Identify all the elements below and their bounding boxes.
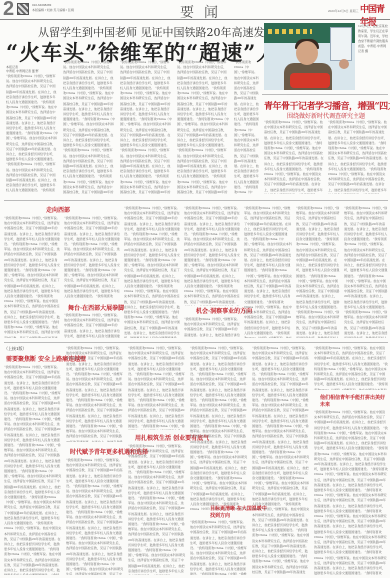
subhead-right-col: 他们相信青年手能打拼出美好未来: [320, 394, 386, 408]
body-column: “我特别喜欢China（中国），”徐维军说。他在中国读完本科和研究生后，选择留在…: [64, 216, 120, 298]
student-head: [296, 41, 318, 65]
body-column: “我特别喜欢China（中国），”徐维军说。他在中国读完本科和研究生后，选择留在…: [64, 313, 120, 338]
subhead-stage: 舞台·在西部大展拳脚: [68, 303, 124, 312]
body-column: “我特别喜欢China（中国），”徐维军说。他在中国读完本科和研究生后，选择留在…: [264, 120, 324, 194]
byline-reporter: 中青报·中青网记者 董 野: [6, 69, 39, 73]
body-column: “我特别喜欢China（中国），”徐维军说。他在中国读完本科和研究生后，选择留在…: [190, 346, 248, 510]
news-photo: [264, 23, 355, 90]
body-column: “我特别喜欢China（中国），”徐维军说。他在中国读完本科和研究生后，选择留在…: [6, 74, 58, 194]
body-column: “我特别喜欢China（中国），”徐维军说。他在中国读完本科和研究生后，选择留在…: [252, 346, 310, 575]
body-column: “我特别喜欢China（中国），”徐维军说。他在中国读完本科和研究生后，选择留在…: [4, 216, 60, 338]
body-column: “我特别喜欢China（中国），”徐维军说。他在中国读完本科和研究生后，选择留在…: [124, 206, 180, 338]
lead-byline: 本报记者 中青报·中青网记者 董 野: [6, 65, 39, 73]
food-tray: [290, 73, 330, 88]
body-column: “我特别喜欢China（中国），”徐维军说。他在中国读完本科和研究生后，选择留在…: [66, 346, 124, 442]
masthead-editors: 本版编辑 / 刘迪 见习编辑 / 张桐: [32, 8, 74, 12]
divider: [4, 200, 388, 201]
divider: [262, 94, 388, 95]
masthead-meta: 010-64098283 本版编辑 / 刘迪 见习编辑 / 张桐: [32, 3, 74, 13]
divider: [4, 342, 388, 343]
body-column: “我特别喜欢China（中国），”徐维军说。他在中国读完本科和研究生后，选择留在…: [4, 365, 62, 575]
subhead-west: 走向西部: [46, 205, 70, 214]
body-column: “我特别喜欢China（中国），”徐维军说。他在中国读完本科和研究生后，选择留在…: [184, 317, 240, 338]
page-number: 2: [3, 0, 14, 21]
section-title: 要闻: [180, 2, 228, 22]
body-column: “我特别喜欢China（中国），”徐维军说。他在中国读完本科和研究生后，选择留在…: [177, 60, 229, 194]
continued-label: （上接1版）: [4, 346, 27, 352]
issue-date: 2023年12月6日 星期三: [328, 9, 359, 13]
body-column: “我特别喜欢China（中国），”徐维军说。他在中国读完本科和研究生后，选择留在…: [120, 60, 172, 194]
body-column: “我特别喜欢China（中国），”徐维军说。他在中国读完本科和研究生后，选择留在…: [314, 346, 388, 390]
body-column: “我特别喜欢China（中国），”徐维军说。他在中国读完本科和研究生后，选择留在…: [63, 60, 115, 194]
body-column: “我特别喜欢China（中国），”徐维军说。他在中国读完本科和研究生后，选择留在…: [314, 410, 388, 575]
qr-code-icon: [17, 3, 29, 15]
window: [330, 27, 352, 61]
background-student: [339, 59, 349, 69]
body-column: “我特别喜欢China（中国），”徐维军说。他在中国读完本科和研究生后，选择留在…: [128, 444, 186, 575]
body-column: “我特别喜欢China（中国），”徐维军说。他在中国读完本科和研究生后，选择留在…: [234, 60, 260, 194]
side-subheadline: 围绕做好新时代调查研究主题: [264, 111, 388, 120]
body-column: “我特别喜欢China（中国），”徐维军说。他在中国读完本科和研究生后，选择留在…: [128, 346, 186, 430]
body-column: “我特别喜欢China（中国），”徐维军说。他在中国读完本科和研究生后，选择留在…: [328, 120, 388, 194]
photo-caption: 12月5日，在北京某校教室里，学生们正在享用午餐。近年来，学校食堂不断提升餐饮服…: [358, 24, 388, 54]
body-column: “我特别喜欢China（中国），”徐维军说。他在中国读完本科和研究生后，选择留在…: [344, 206, 388, 338]
body-column: “我特别喜欢China（中国），”徐维军说。他在中国读完本科和研究生后，选择留在…: [190, 520, 248, 575]
body-column: “我特别喜欢China（中国），”徐维军说。他在中国读完本科和研究生后，选择留在…: [184, 206, 240, 306]
body-column: “我特别喜欢China（中国），”徐维军说。他在中国读完本科和研究生后，选择留在…: [296, 206, 340, 338]
body-column: “我特别喜欢China（中国），”徐维军说。他在中国读完本科和研究生后，选择留在…: [66, 458, 124, 575]
masthead: 2 010-64098283 本版编辑 / 刘迪 见习编辑 / 张桐 要闻 20…: [0, 0, 390, 20]
masthead-phone: 010-64098283: [32, 3, 51, 7]
body-column: “我特别喜欢China（中国），”徐维军说。他在中国读完本科和研究生后，选择留在…: [244, 206, 292, 338]
